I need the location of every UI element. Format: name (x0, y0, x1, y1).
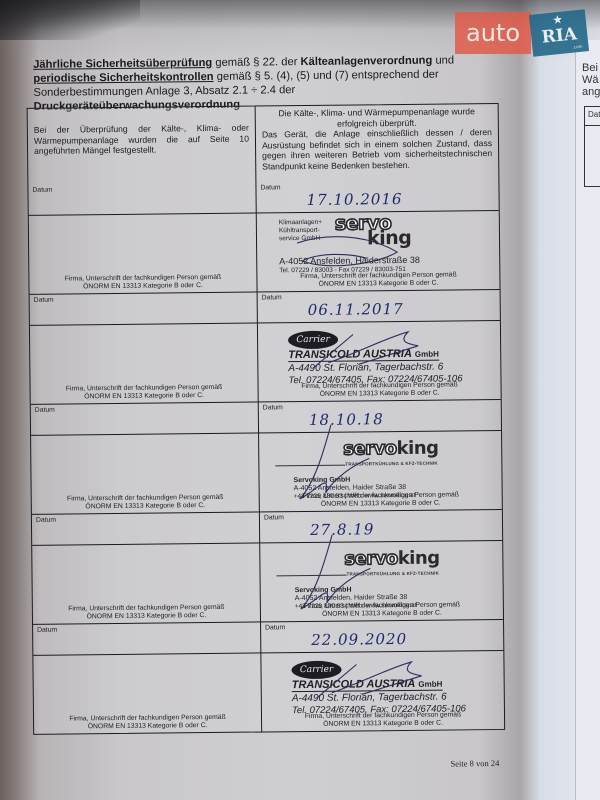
date-row: DatumDatum06.11.2017 (30, 289, 500, 325)
photo-dark-corner (0, 0, 140, 40)
date-cell-defects: Datum (32, 512, 260, 544)
signature-cell-defects: Firma, Unterschrift der fachkundigen Per… (31, 433, 260, 513)
signature-caption: Firma, Unterschrift der fachkundigen Per… (29, 273, 256, 292)
date-row: DatumDatum18.10.18 (31, 399, 501, 435)
datum-label: Datum (262, 294, 282, 301)
document-page: Jährliche Sicherheitsüberprüfung gemäß §… (18, 43, 526, 800)
intro-row: Bei der Überprüfung der Kälte-, Klima- o… (28, 104, 499, 185)
adjacent-page-fragment: Bei (582, 62, 598, 74)
signature-cell-passed: CarrierTRANSICOLD AUSTRIAGmbHA-4490 St. … (261, 651, 504, 732)
datum-label: Datum (263, 404, 283, 411)
inspection-form-table: Bei der Überprüfung der Kälte-, Klima- o… (27, 103, 506, 735)
signature-caption: Firma, Unterschrift der fachkundigen Per… (31, 383, 258, 402)
signature-cell-passed: CarrierTRANSICOLD AUSTRIAGmbHA-4490 St. … (258, 321, 501, 402)
signature-caption: Firma, Unterschrift der fachkundigen Per… (260, 491, 502, 510)
handwritten-date: 18.10.18 (309, 410, 384, 429)
datum-label: Datum (34, 297, 54, 304)
date-row: DatumDatum22.09.2020 (33, 619, 503, 655)
signature-caption: Firma, Unterschrift der fachkundigen Per… (33, 603, 260, 622)
date-cell-passed: Datum27.8.19 (260, 510, 502, 543)
defects-found-text: Bei der Überprüfung der Kälte-, Klima- o… (28, 107, 257, 185)
adjacent-page: Bei Wä ang Dat (575, 40, 600, 800)
signature-row: Firma, Unterschrift der fachkundigen Per… (29, 210, 500, 294)
adjacent-page-fragment: Wä (582, 74, 599, 86)
heading-periodic-check: periodische Sicherheitskontrollen (33, 71, 213, 85)
heading-annual-check: Jährliche Sicherheitsüberprüfung (33, 57, 212, 71)
handwritten-date: 22.09.2020 (311, 630, 407, 649)
signature-cell-passed: servokingTRANSPORTKÜHLUNG & KFZ-TECHNIKS… (259, 431, 502, 512)
datum-label: Datum (264, 514, 284, 521)
passed-inspection-text: Die Kälte-, Klima- und Wärmepumpenanlage… (256, 104, 499, 183)
datum-label: Datum (37, 627, 57, 634)
adjacent-page-fragment: ang (582, 86, 600, 98)
date-cell-passed: Datum06.11.2017 (258, 290, 500, 323)
date-cell-passed: Datum17.10.2016 (256, 180, 498, 213)
signature-caption: Firma, Unterschrift der fachkundigen Per… (262, 711, 504, 730)
adjacent-page-box (584, 125, 600, 187)
date-row: DatumDatum17.10.2016 (28, 180, 498, 215)
watermark-ria: ★ RIA .com (529, 9, 589, 57)
signature-row: Firma, Unterschrift der fachkundigen Per… (31, 430, 502, 514)
signature-caption: Firma, Unterschrift der fachkundigen Per… (257, 271, 499, 290)
datum-label: Datum (260, 184, 280, 191)
date-cell-defects: Datum (33, 622, 261, 654)
date-cell-passed: Datum22.09.2020 (261, 620, 503, 653)
datum-label: Datum (32, 187, 52, 194)
signature-row: Firma, Unterschrift der fachkundigen Per… (32, 540, 503, 624)
date-row: DatumDatum27.8.19 (32, 509, 502, 545)
page-number: Seite 8 von 24 (450, 758, 499, 769)
adjacent-page-box: Dat (584, 106, 600, 126)
signature-caption: Firma, Unterschrift der fachkundigen Per… (259, 381, 501, 400)
signature-row: Firma, Unterschrift der fachkundigen Per… (33, 650, 504, 734)
signature-cell-passed: Klimaanlagen+Kühltransport-service GmbHs… (257, 211, 500, 292)
signature-cell-defects: Firma, Unterschrift der fachkundigen Per… (33, 653, 262, 733)
date-cell-passed: Datum18.10.18 (259, 400, 501, 433)
datum-label: Datum (35, 407, 55, 414)
signature-caption: Firma, Unterschrift der fachkundigen Per… (34, 713, 261, 732)
signature-caption: Firma, Unterschrift der fachkundigen Per… (32, 493, 259, 512)
signature-cell-defects: Firma, Unterschrift der fachkundigen Per… (30, 324, 259, 404)
date-cell-defects: Datum (31, 402, 259, 434)
autoria-watermark: auto ★ RIA .com (455, 12, 587, 54)
heading-regulation-1: Kälteanlagenverordnung (300, 55, 432, 68)
signature-cell-defects: Firma, Unterschrift der fachkundigen Per… (32, 543, 261, 623)
handwritten-date: 17.10.2016 (307, 190, 403, 209)
datum-label: Datum (265, 624, 285, 631)
datum-label: Datum (36, 517, 56, 524)
date-cell-defects: Datum (28, 183, 256, 215)
signature-cell-defects: Firma, Unterschrift der fachkundigen Per… (29, 214, 258, 294)
handwritten-date: 27.8.19 (310, 520, 374, 539)
watermark-auto: auto (455, 12, 531, 54)
signature-row: Firma, Unterschrift der fachkundigen Per… (30, 320, 501, 404)
date-cell-defects: Datum (30, 293, 258, 325)
signature-cell-passed: servokingTRANSPORTKÜHLUNG & KFZ-TECHNIKS… (260, 541, 503, 622)
handwritten-date: 06.11.2017 (308, 300, 404, 319)
signature-caption: Firma, Unterschrift der fachkundigen Per… (261, 601, 503, 620)
